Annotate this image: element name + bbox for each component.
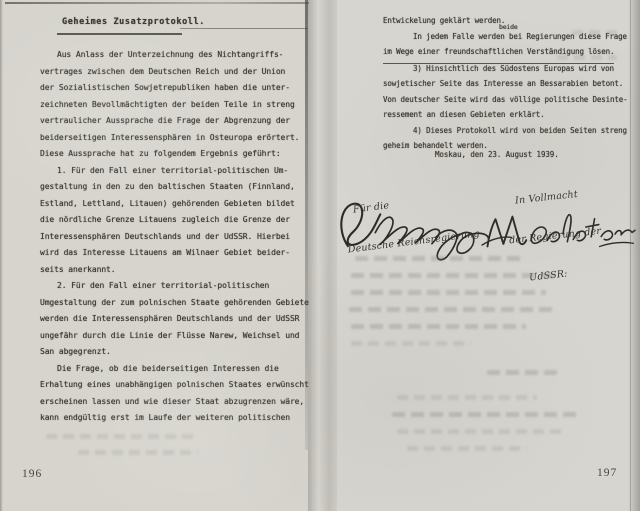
text-line: gestaltung in den zu den baltischen Staa… [40,182,308,199]
text-line: Erhaltung eines unabhängigen polnischen … [40,380,308,397]
text-line: seits anerkannt. [40,265,308,282]
bleed-through-ghost-line [487,370,557,375]
page-number-left: 196 [22,468,42,480]
bleed-through-ghost-line [392,412,582,417]
bleed-through-ghost-line [557,55,617,60]
document-title: Geheimes Zusatzprotokoll. [62,17,205,27]
text-line: die nördliche Grenze Litauens zugleich d… [40,215,308,232]
text-line: erscheinen lassen und wie dieser Staat a… [40,397,308,414]
book-spread-scan: Geheimes Zusatzprotokoll. Aus Anlass der… [0,0,640,511]
left-page-body: Aus Anlass der Unterzeichnung des Nichta… [40,50,308,430]
bleed-through-ghost-line [355,256,523,261]
text-line: Interessensphären Deutschlands und der U… [40,232,308,249]
text-line: 3) Hinsichtlich des Südostens Europas wi… [383,64,635,80]
text-line: Umgestaltung der zum polnischen Staate g… [40,298,308,315]
text-line: Diese Aussprache hat zu folgendem Ergebn… [40,149,308,166]
text-line: wird das Interesse Litauens am Wilnaer G… [40,248,308,265]
text-line: 2. Für den Fall einer territorial-politi… [40,281,308,298]
text-line: werden die Interessensphären Deutschland… [40,314,308,331]
bleed-through-ghost-line [351,290,546,295]
scan-right-edge-line [630,0,631,511]
text-line: beiderseitigen Interessensphären in Oste… [40,133,308,150]
text-line: San abgegrenzt. [40,347,308,364]
text-line: vertraulicher Aussprache die Frage der A… [40,116,308,133]
bleed-through-ghost-line [397,429,567,434]
bleed-through-ghost-line [351,324,526,329]
text-line: Estland, Lettland, Litauen) gehörenden G… [40,199,308,216]
bleed-through-ghost-line [351,341,471,346]
text-line: 4) Dieses Protokoll wird von beiden Seit… [383,126,635,142]
bleed-through-ghost-line [46,434,196,439]
text-line: kann endgültig erst im Laufe der weitere… [40,413,308,430]
text-line: 1. Für den Fall einer territorial-politi… [40,166,308,183]
text-line: Die Frage, ob die beiderseitigen Interes… [40,364,308,381]
text-line: vertrages zwischen dem Deutschen Reich u… [40,67,308,84]
page-number-right: 197 [597,467,617,479]
text-line: sowjetischer Seite das Interesse an Bess… [383,79,635,95]
molotow-signature [478,199,638,264]
right-page-body: Entwickelung geklärt werden. In jedem Fa… [383,16,635,157]
photo-top-edge [5,2,309,4]
text-line: zeichneten Bevollmächtigten der beiden T… [40,100,308,117]
bleed-through-ghost-line [397,395,537,400]
dateline: Moskau, den 23. August 1939. [435,150,559,159]
left-page: Geheimes Zusatzprotokoll. Aus Anlass der… [0,0,312,511]
typed-correction-insertion: beide [499,23,518,31]
title-underline [57,33,182,35]
bleed-through-ghost-line [572,30,617,35]
text-line: ressement an diesen Gebieten erklärt. [383,110,635,126]
bleed-through-ghost-line [407,446,527,451]
bleed-through-ghost-line [351,273,556,278]
text-line: ungefähr durch die Linie der Flüsse Nare… [40,331,308,348]
scan-left-edge [0,0,3,511]
bleed-through-ghost-line [78,450,198,455]
title-rule-thin [180,28,308,29]
text-line: der Sozialistischen Sowjetrepubliken hab… [40,83,308,100]
text-line: Aus Anlass der Unterzeichnung des Nichta… [40,50,308,67]
right-page: Entwickelung geklärt werden. In jedem Fa… [337,0,640,511]
bleed-through-ghost-line [349,307,554,312]
text-line: Von deutscher Seite wird das völlige pol… [383,95,635,111]
